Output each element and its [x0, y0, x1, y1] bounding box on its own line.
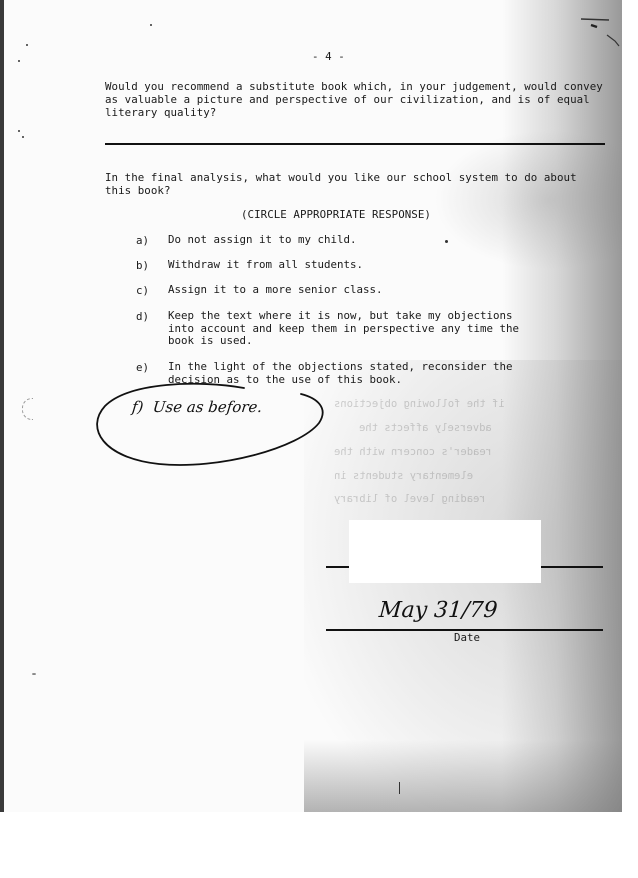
- bleed-through-text: elementary students in: [334, 470, 473, 482]
- bleed-through-text: if the following objections: [334, 398, 505, 410]
- handwritten-date: May 31/79: [378, 598, 498, 623]
- option-letter: e): [136, 361, 149, 374]
- handwritten-option-f: f) Use as before.: [131, 398, 263, 416]
- answer-line: [105, 143, 605, 145]
- option-letter: a): [136, 234, 149, 247]
- instruction-circle-response: (CIRCLE APPROPRIATE RESPONSE): [241, 208, 431, 221]
- option-letter: b): [136, 259, 149, 272]
- punch-hole-mark: [22, 398, 33, 420]
- signature-line: [541, 566, 603, 568]
- document-page: if the following objections adversely af…: [0, 0, 622, 812]
- option-text: Keep the text where it is now, but take …: [168, 310, 519, 348]
- bleed-through-text: reading level of library: [334, 493, 486, 505]
- scan-shading-bottom: [304, 740, 622, 812]
- option-letter: d): [136, 310, 149, 323]
- bleed-through-text: reader's concern with the: [334, 446, 492, 458]
- page-number: - 4 -: [312, 50, 345, 63]
- question-final-analysis: In the final analysis, what would you li…: [105, 171, 577, 197]
- scan-shading-edge: [502, 0, 622, 812]
- signature-line: [326, 566, 350, 568]
- handwritten-circle: [89, 378, 329, 478]
- corner-staple-mark: [579, 15, 622, 50]
- option-letter: c): [136, 284, 149, 297]
- bleed-through-text: adversely affects the: [359, 422, 492, 434]
- option-text: Do not assign it to my child.: [168, 234, 357, 247]
- date-label: Date: [454, 631, 480, 644]
- option-text: Assign it to a more senior class.: [168, 284, 383, 297]
- option-text: Withdraw it from all students.: [168, 259, 363, 272]
- question-substitute-book: Would you recommend a substitute book wh…: [105, 80, 605, 119]
- redacted-signature: [349, 520, 541, 583]
